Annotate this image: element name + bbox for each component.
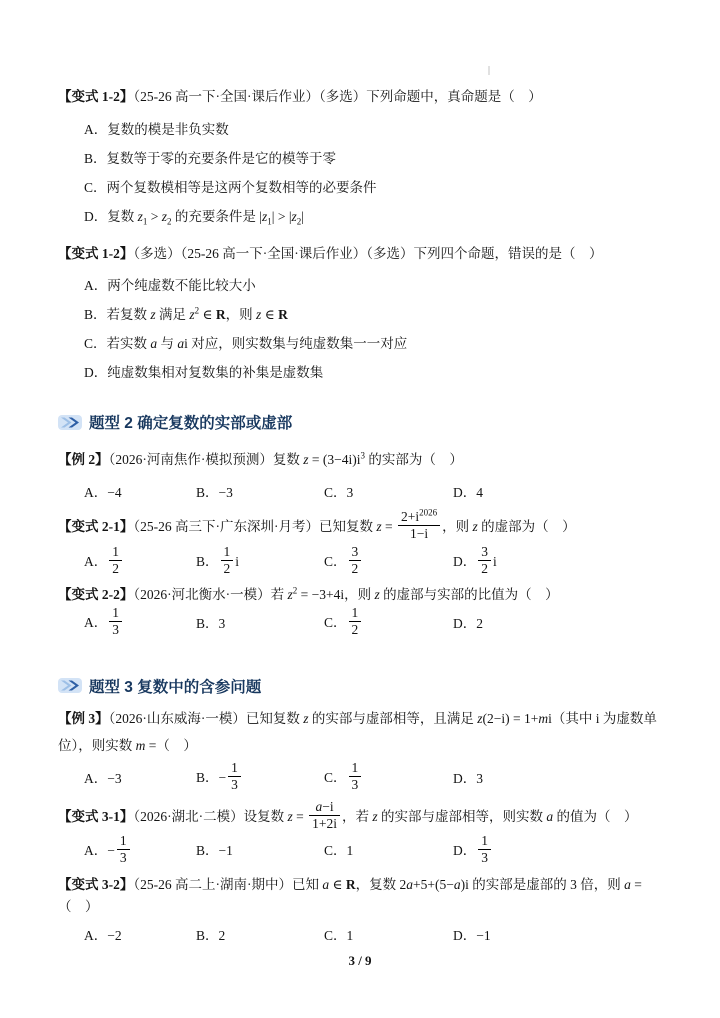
option-d: D．32i <box>453 546 662 579</box>
problem-text: （25-26 高一下·全国·课后作业）（多选）下列命题中，真命题是（ ） <box>133 89 541 104</box>
option-row: A．−13 B．−1 C．1 D．13 <box>84 835 662 868</box>
problem-text: （2026·湖北·二模）设复数 z = a−i1+2i，若 z 的实部与虚部相等… <box>133 809 637 824</box>
option-a: A．复数的模是非负实数 <box>84 120 662 140</box>
option-b: B．−13 <box>196 762 324 795</box>
double-chevron-icon <box>58 678 82 693</box>
problem-stem: 【变式 2-2】（2026·河北衡水·一模）若 z2 = −3+4i，则 z 的… <box>58 584 662 606</box>
option-b: B．3 <box>196 614 324 634</box>
problem-stem: 【变式 1-2】（多选）（25-26 高一下·全国·课后作业）（多选）下列四个命… <box>58 243 662 265</box>
option-d: D．2 <box>453 614 662 634</box>
option-c: C．12 <box>324 607 453 640</box>
problem-stem: 【例 2】（2026·河南焦作·模拟预测）复数 z = (3−4i)i3 的实部… <box>58 449 662 471</box>
option-b: B．−1 <box>196 841 324 861</box>
option-c: C．13 <box>324 762 453 795</box>
problem-variant-3-1: 【变式 3-1】（2026·湖北·二模）设复数 z = a−i1+2i，若 z … <box>58 801 662 868</box>
problem-tag: 【变式 1-2】 <box>58 246 133 261</box>
double-chevron-icon <box>58 415 82 430</box>
option-a: A．−4 <box>84 483 196 503</box>
problem-tag: 【变式 3-1】 <box>58 809 133 824</box>
problem-variant-2-1: 【变式 2-1】（25-26 高三下·广东深圳·月考）已知复数 z = 2+i2… <box>58 511 662 580</box>
section-heading-type2: 题型 2 确定复数的实部或虚部 <box>58 411 662 433</box>
option-a: A．13 <box>84 607 196 640</box>
option-d: D．复数 z1 > z2 的充要条件是 |z1| > |z2| <box>84 207 662 227</box>
option-d: D．4 <box>453 483 662 503</box>
option-list: A．两个纯虚数不能比较大小 B．若复数 z 满足 z2 ∈ R，则 z ∈ R … <box>58 276 662 383</box>
option-a: A．−13 <box>84 835 196 868</box>
problem-tag: 【变式 1-2】 <box>58 89 133 104</box>
problem-stem: 【变式 3-2】（25-26 高二上·湖南·期中）已知 a ∈ R，复数 2a+… <box>58 874 662 917</box>
page-number: 3 / 9 <box>58 953 662 969</box>
option-c: C．1 <box>324 841 453 861</box>
option-a: A．−3 <box>84 769 196 789</box>
problem-variant-1-2a: 【变式 1-2】（25-26 高一下·全国·课后作业）（多选）下列命题中，真命题… <box>58 86 662 227</box>
option-b: B．12i <box>196 546 324 579</box>
option-b: B．复数等于零的充要条件是它的模等于零 <box>84 149 662 169</box>
option-c: C．两个复数模相等是这两个复数相等的必要条件 <box>84 178 662 198</box>
section-title: 题型 3 复数中的含参问题 <box>89 675 261 697</box>
problem-text: （25-26 高三下·广东深圳·月考）已知复数 z = 2+i20261−i，则… <box>133 519 575 534</box>
option-row: A．12 B．12i C．32 D．32i <box>84 546 662 579</box>
option-d: D．13 <box>453 835 662 868</box>
option-a: A．两个纯虚数不能比较大小 <box>84 276 662 296</box>
problem-tag: 【变式 2-2】 <box>58 587 133 602</box>
option-c: C．1 <box>324 926 453 946</box>
problem-stem: 【变式 1-2】（25-26 高一下·全国·课后作业）（多选）下列命题中，真命题… <box>58 86 662 108</box>
problem-stem: 【例 3】（2026·山东威海·一模）已知复数 z 的实部与虚部相等，且满足 z… <box>58 705 662 760</box>
option-row: A．13 B．3 C．12 D．2 <box>84 607 662 640</box>
option-b: B．若复数 z 满足 z2 ∈ R，则 z ∈ R <box>84 305 662 325</box>
problem-text: （多选）（25-26 高一下·全国·课后作业）（多选）下列四个命题，错误的是（ … <box>133 246 602 261</box>
problem-tag: 【例 2】 <box>58 452 109 467</box>
section-title: 题型 2 确定复数的实部或虚部 <box>89 411 292 433</box>
faint-header-artifact <box>488 66 490 75</box>
option-b: B．−3 <box>196 483 324 503</box>
worksheet-page: 【变式 1-2】（25-26 高一下·全国·课后作业）（多选）下列命题中，真命题… <box>0 0 720 1018</box>
problem-variant-2-2: 【变式 2-2】（2026·河北衡水·一模）若 z2 = −3+4i，则 z 的… <box>58 584 662 641</box>
problem-tag: 【例 3】 <box>58 711 109 726</box>
problem-tag: 【变式 3-2】 <box>58 877 133 892</box>
option-d: D．纯虚数集相对复数集的补集是虚数集 <box>84 363 662 383</box>
problem-text: （2026·山东威海·一模）已知复数 z 的实部与虚部相等，且满足 z(2−i)… <box>58 711 657 754</box>
problem-text: （25-26 高二上·湖南·期中）已知 a ∈ R，复数 2a+5+(5−a)i… <box>58 877 642 914</box>
option-a: A．−2 <box>84 926 196 946</box>
problem-variant-3-2: 【变式 3-2】（25-26 高二上·湖南·期中）已知 a ∈ R，复数 2a+… <box>58 874 662 946</box>
option-d: D．3 <box>453 769 662 789</box>
problem-variant-1-2b: 【变式 1-2】（多选）（25-26 高一下·全国·课后作业）（多选）下列四个命… <box>58 243 662 384</box>
problem-text: （2026·河南焦作·模拟预测）复数 z = (3−4i)i3 的实部为（ ） <box>109 452 463 467</box>
option-row: A．−2 B．2 C．1 D．−1 <box>84 926 662 946</box>
option-b: B．2 <box>196 926 324 946</box>
problem-tag: 【变式 2-1】 <box>58 519 133 534</box>
option-a: A．12 <box>84 546 196 579</box>
problem-text: （2026·河北衡水·一模）若 z2 = −3+4i，则 z 的虚部与实部的比值… <box>133 587 558 602</box>
section-heading-type3: 题型 3 复数中的含参问题 <box>58 675 662 697</box>
option-d: D．−1 <box>453 926 662 946</box>
option-c: C．3 <box>324 483 453 503</box>
option-c: C．32 <box>324 546 453 579</box>
problem-stem: 【变式 2-1】（25-26 高三下·广东深圳·月考）已知复数 z = 2+i2… <box>58 511 662 544</box>
problem-example-2: 【例 2】（2026·河南焦作·模拟预测）复数 z = (3−4i)i3 的实部… <box>58 449 662 503</box>
option-row: A．−3 B．−13 C．13 D．3 <box>84 762 662 795</box>
problem-stem: 【变式 3-1】（2026·湖北·二模）设复数 z = a−i1+2i，若 z … <box>58 801 662 834</box>
option-row: A．−4 B．−3 C．3 D．4 <box>84 483 662 503</box>
problem-example-3: 【例 3】（2026·山东威海·一模）已知复数 z 的实部与虚部相等，且满足 z… <box>58 705 662 796</box>
option-c: C．若实数 a 与 ai 对应，则实数集与纯虚数集一一对应 <box>84 334 662 354</box>
option-list: A．复数的模是非负实数 B．复数等于零的充要条件是它的模等于零 C．两个复数模相… <box>58 120 662 227</box>
